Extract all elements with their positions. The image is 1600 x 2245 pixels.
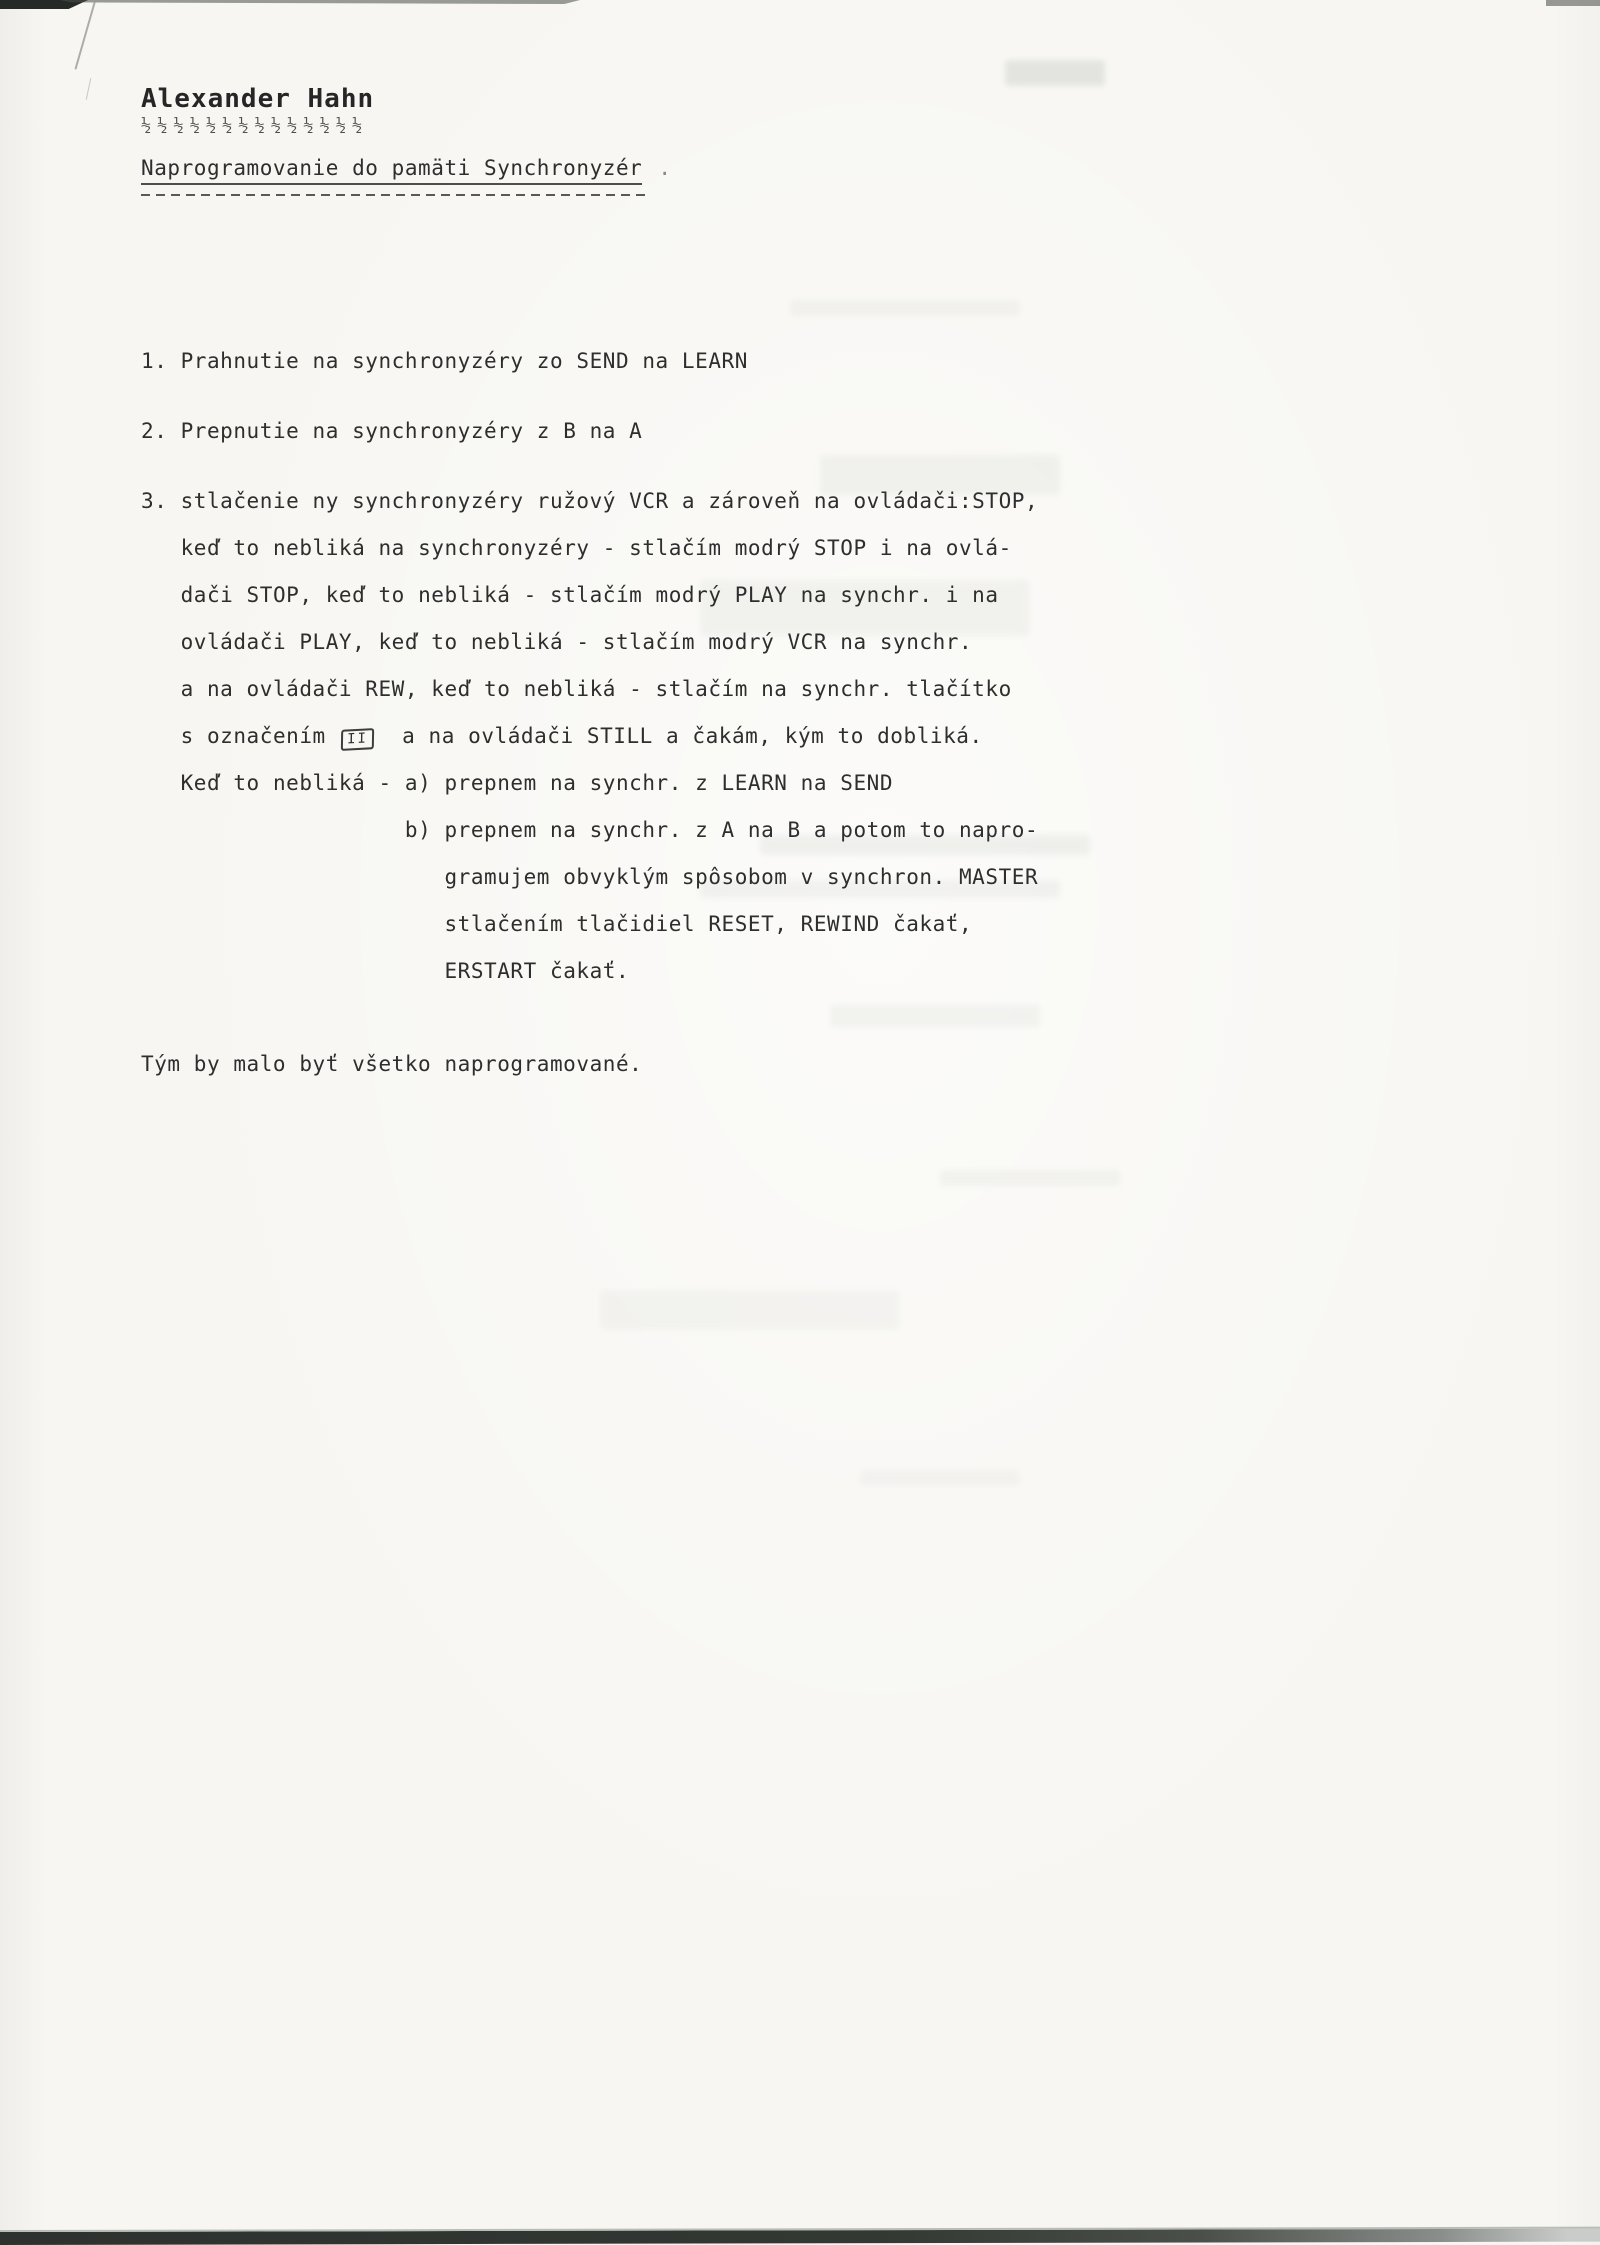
scan-scratch-mark [75, 0, 98, 70]
text-line: stlačením tlačidiel RESET, REWIND čakať, [181, 901, 1039, 948]
ink-bleed-smudge [940, 1170, 1120, 1186]
text-segment: a na ovládači STILL a čakám, kým to dobl… [376, 724, 983, 748]
text-line: Prahnutie na synchronyzéry zo SEND na LE… [181, 338, 748, 385]
text-line: ovládači PLAY, keď to nebliká - stlačím … [181, 619, 1039, 666]
scan-scratch-mark [86, 78, 92, 100]
scan-edge-artifact [0, 2227, 1600, 2245]
text-line: b) prepnem na synchr. z A na B a potom t… [181, 807, 1039, 854]
item-text: Prepnutie na synchronyzéry z B na A [181, 408, 643, 455]
instruction-item: 1. Prahnutie na synchronyzéry zo SEND na… [141, 338, 1038, 385]
closing-sentence: Tým by malo byť všetko naprogramované. [141, 1052, 642, 1076]
text-line: Prepnutie na synchronyzéry z B na A [181, 408, 643, 455]
text-line: keď to nebliká na synchronyzéry - stlačí… [181, 525, 1039, 572]
title-trailing-dot: . [658, 156, 671, 180]
ink-bleed-smudge [1005, 60, 1105, 86]
text-line: gramujem obvyklým spôsobom v synchron. M… [181, 854, 1039, 901]
author-name: Alexander Hahn [141, 84, 374, 114]
text-line: stlačenie ny synchronyzéry ružový VCR a … [181, 478, 1039, 525]
scanned-document-page: Alexander Hahn ½½½½½½½½½½½½½½ Naprogramo… [0, 0, 1600, 2245]
instruction-list: 1. Prahnutie na synchronyzéry zo SEND na… [141, 338, 1038, 1018]
text-line: dači STOP, keď to nebliká - stlačím modr… [181, 572, 1039, 619]
instruction-item: 2. Prepnutie na synchronyzéry z B na A [141, 408, 1038, 455]
scan-edge-artifact [1546, 0, 1600, 6]
ink-bleed-smudge [860, 1470, 1020, 1486]
item-number: 2. [141, 408, 181, 455]
text-line: Keď to nebliká - a) prepnem na synchr. z… [181, 760, 1039, 807]
document-title-text: Naprogramovanie do pamäti Synchronyzér [141, 156, 642, 185]
author-underline-marks: ½½½½½½½½½½½½½½ [141, 116, 368, 136]
item-text: stlačenie ny synchronyzéry ružový VCR a … [181, 478, 1039, 995]
document-title: Naprogramovanie do pamäti Synchronyzér. [141, 156, 672, 180]
instruction-item: 3. stlačenie ny synchronyzéry ružový VCR… [141, 478, 1038, 995]
text-line: s označením II a na ovládači STILL a čak… [181, 713, 1039, 760]
item-text: Prahnutie na synchronyzéry zo SEND na LE… [181, 338, 748, 385]
ink-bleed-smudge [790, 300, 1020, 316]
ink-bleed-smudge [600, 1290, 900, 1330]
text-line: ERSTART čakať. [181, 948, 1039, 995]
item-number: 3. [141, 478, 181, 525]
text-line: a na ovládači REW, keď to nebliká - stla… [181, 666, 1039, 713]
text-segment: s označením [181, 724, 339, 748]
title-dashed-underline [141, 194, 649, 196]
boxed-pause-symbol-icon: II [341, 728, 374, 751]
item-number: 1. [141, 338, 181, 385]
scan-edge-artifact [60, 0, 580, 4]
